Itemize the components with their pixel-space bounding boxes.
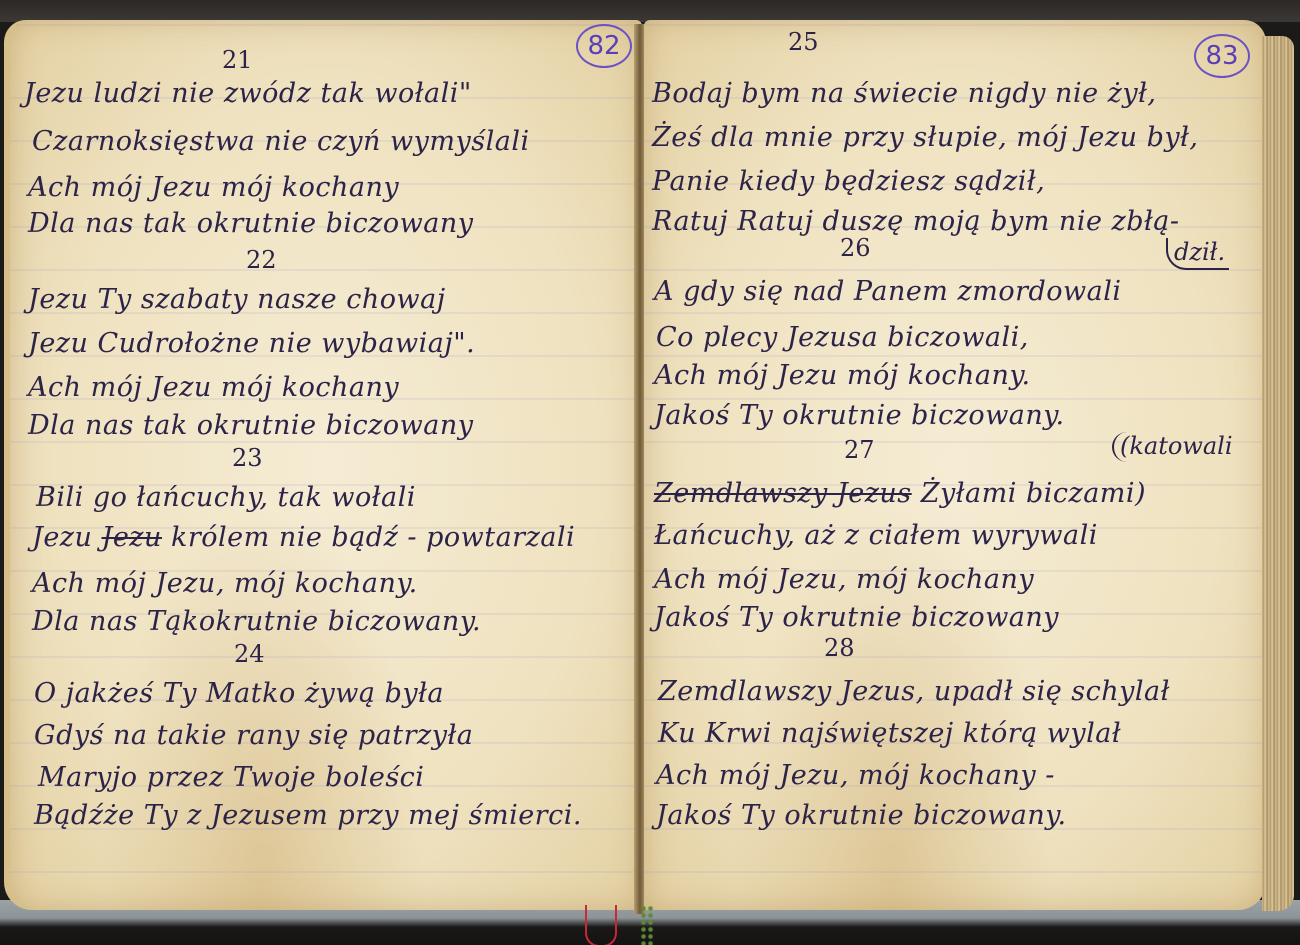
verse-line: Ach mój Jezu, mój kochany: [654, 564, 1034, 595]
verse-line: Jakoś Ty okrutnie biczowany: [654, 602, 1059, 633]
verse-line-with-strikethrough: Zemdlawszy Jezus Żyłami biczami): [654, 478, 1146, 509]
verse-number: 23: [232, 444, 263, 472]
open-notebook: 82 21 Jezu ludzi nie zwódz tak wołali" C…: [0, 14, 1290, 919]
verse-line: Bądźże Ty z Jezusem przy mej śmierci.: [34, 800, 582, 831]
verse-line: A gdy się nad Panem zmordowali: [654, 276, 1122, 307]
page-edges: [1262, 36, 1294, 911]
verse-line: Co plecy Jezusa biczowali,: [656, 322, 1029, 353]
line-continuation: dził.: [1166, 238, 1229, 270]
verse-line: Maryjo przez Twoje boleści: [38, 762, 424, 793]
verse-number: 21: [222, 46, 253, 74]
verse-number: 28: [824, 634, 855, 662]
margin-correction: (katowali: [1112, 432, 1237, 462]
verse-line: Panie kiedy będziesz sądził,: [652, 166, 1045, 197]
verse-number: 26: [840, 234, 871, 262]
bookmark-ribbon: [585, 905, 617, 945]
verse-line: Czarnoksięstwa nie czyń wymyślali: [32, 126, 530, 157]
verse-line: Dla nas Tąkokrutnie biczowany.: [32, 606, 481, 637]
verse-line: Łańcuchy, aż z ciałem wyrywali: [654, 520, 1098, 551]
verse-line: Ach mój Jezu mój kochany: [28, 172, 399, 203]
line-suffix: królem nie bądź - powtarzali: [162, 522, 575, 553]
verse-line: Ku Krwi najświętszej którą wylał: [658, 718, 1121, 749]
verse-line: Ach mój Jezu mój kochany.: [654, 360, 1031, 391]
verse-number: 22: [246, 246, 277, 274]
verse-line: O jakżeś Ty Matko żywą była: [34, 678, 444, 709]
verse-line: Jezu ludzi nie zwódz tak wołali": [24, 78, 472, 109]
verse-number: 24: [234, 640, 265, 668]
verse-line: Ach mój Jezu mój kochany: [28, 372, 399, 403]
verse-line: Dla nas tak okrutnie biczowany: [28, 208, 474, 239]
verse-line: Jakoś Ty okrutnie biczowany.: [656, 800, 1067, 831]
verse-number: 27: [844, 436, 875, 464]
verse-line: Jakoś Ty okrutnie biczowany.: [654, 400, 1065, 431]
right-page: 83 25 Bodaj bym na świecie nigdy nie żył…: [644, 20, 1266, 910]
verse-line: Ratuj Ratuj duszę moją bym nie zbłą-: [652, 206, 1180, 237]
verse-line: Ach mój Jezu, mój kochany.: [32, 568, 418, 599]
pressed-plant-sprig: [640, 905, 654, 945]
verse-line: Dla nas tak okrutnie biczowany: [28, 410, 474, 441]
left-page: 82 21 Jezu ludzi nie zwódz tak wołali" C…: [4, 20, 642, 910]
page-number-circled: 83: [1194, 34, 1250, 78]
verse-line: Ach mój Jezu, mój kochany -: [656, 760, 1055, 791]
struck-word: Jezu: [102, 522, 162, 553]
verse-line: Jezu Ty szabaty nasze chowaj: [28, 284, 446, 315]
verse-line: Gdyś na takie rany się patrzyła: [34, 720, 473, 751]
verse-line: Bili go łańcuchy, tak wołali: [36, 482, 416, 513]
verse-line: Bodaj bym na świecie nigdy nie żył,: [652, 78, 1156, 109]
verse-line: Żeś dla mnie przy słupie, mój Jezu był,: [652, 122, 1198, 153]
verse-line: Zemdlawszy Jezus, upadł się schylał: [658, 676, 1170, 707]
struck-words: Zemdlawszy Jezus: [654, 478, 912, 509]
line-prefix: Jezu: [32, 522, 102, 553]
verse-line: Jezu Cudrołożne nie wybawiaj".: [28, 328, 475, 359]
verse-line-with-strikethrough: Jezu Jezu królem nie bądź - powtarzali: [32, 522, 575, 553]
line-rest: Żyłami biczami): [912, 478, 1146, 509]
verse-number: 25: [788, 28, 819, 56]
page-number-circled: 82: [576, 24, 632, 68]
